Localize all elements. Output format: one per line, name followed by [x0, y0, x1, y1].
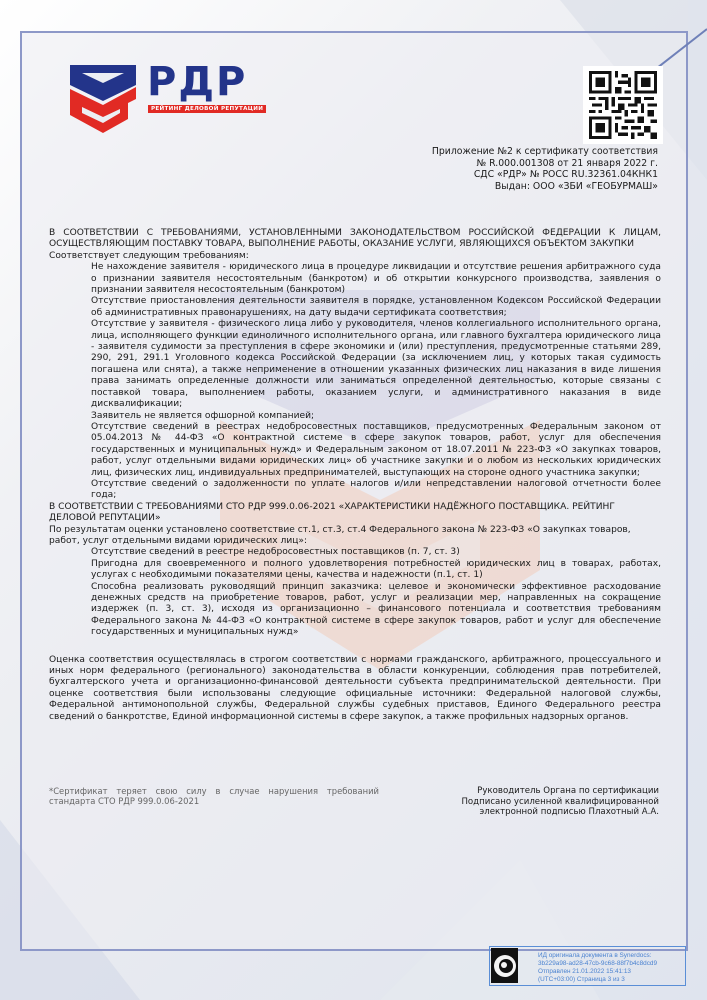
list-item: Отсутствие приостановления деятельности …: [49, 296, 661, 319]
qr-code-icon: [588, 71, 658, 139]
qr-code[interactable]: [583, 66, 663, 144]
certificate-appendix: Приложение №2 к сертификату соответствия: [432, 146, 658, 158]
signer-title: Руководитель Органа по сертификации: [461, 786, 659, 797]
section2-heading: В СООТВЕТСТВИИ С ТРЕБОВАНИЯМИ СТО РДР 99…: [49, 502, 661, 525]
list-item: Отсутствие сведений в реестрах недобросо…: [49, 422, 661, 479]
assessment-paragraph: Оценка соответствия осуществлялась в стр…: [49, 655, 661, 723]
certificate-system: СДС «РДР» № РОСС RU.32361.04КНК1: [432, 169, 658, 181]
signer-block: Руководитель Органа по сертификации Подп…: [461, 786, 659, 818]
logo-text: РДР: [147, 59, 247, 105]
rdr-logo: РДР РЕЙТИНГ ДЕЛОВОЙ РЕПУТАЦИИ: [70, 63, 260, 135]
synerdocs-logo-icon: [491, 948, 518, 983]
footnote: *Сертификат теряет свою силу в случае на…: [49, 786, 379, 807]
section1-intro: Соответствует следующим требованиям:: [49, 251, 661, 262]
synerdocs-text: ИД оригинала документа в Synerdocs: 3b22…: [538, 952, 657, 984]
certificate-info: Приложение №2 к сертификату соответствия…: [432, 146, 658, 192]
list-item: Отсутствие сведений о задолженности по у…: [49, 479, 661, 502]
signer-signature-note: Подписано усиленной квалифицированной: [461, 797, 659, 808]
certificate-number: № R.000.001308 от 21 января 2022 г.: [432, 158, 658, 170]
list-item: Заявитель не является офшорной компанией…: [49, 411, 661, 422]
synerdocs-page: (UTC+03:00) Страница 3 из 3: [538, 976, 657, 984]
signer-name: электронной подписью Плахотный А.А.: [461, 807, 659, 818]
list-item: Отсутствие сведений в реестре недобросов…: [49, 547, 661, 558]
section1-requirements-list: Не нахождение заявителя - юридического л…: [49, 262, 661, 502]
list-item: Не нахождение заявителя - юридического л…: [49, 262, 661, 296]
document-body: В СООТВЕТСТВИИ С ТРЕБОВАНИЯМИ, УСТАНОВЛЕ…: [49, 228, 661, 723]
synerdocs-sent: Отправлен 21.01.2022 15:41:13: [538, 968, 657, 976]
logo-tagline: РЕЙТИНГ ДЕЛОВОЙ РЕПУТАЦИИ: [148, 105, 266, 113]
list-item: Способна реализовать руководящий принцип…: [49, 582, 661, 639]
synerdocs-id-label: ИД оригинала документа в Synerdocs:: [538, 952, 657, 960]
section1-heading: В СООТВЕТСТВИИ С ТРЕБОВАНИЯМИ, УСТАНОВЛЕ…: [49, 228, 661, 251]
list-item: Пригодна для своевременного и полного уд…: [49, 559, 661, 582]
section2-intro: По результатам оценки установлено соотве…: [49, 525, 661, 548]
certificate-issued-to: Выдан: ООО «ЗБИ «ГЕОБУРМАШ»: [432, 181, 658, 193]
synerdocs-stamp: ИД оригинала документа в Synerdocs: 3b22…: [489, 946, 686, 986]
synerdocs-id: 3b229a98-ad28-47cb-9c68-88f7b4c8dcd9: [538, 960, 657, 968]
list-item: Отсутствие у заявителя - физического лиц…: [49, 319, 661, 410]
section2-requirements-list: Отсутствие сведений в реестре недобросов…: [49, 547, 661, 638]
